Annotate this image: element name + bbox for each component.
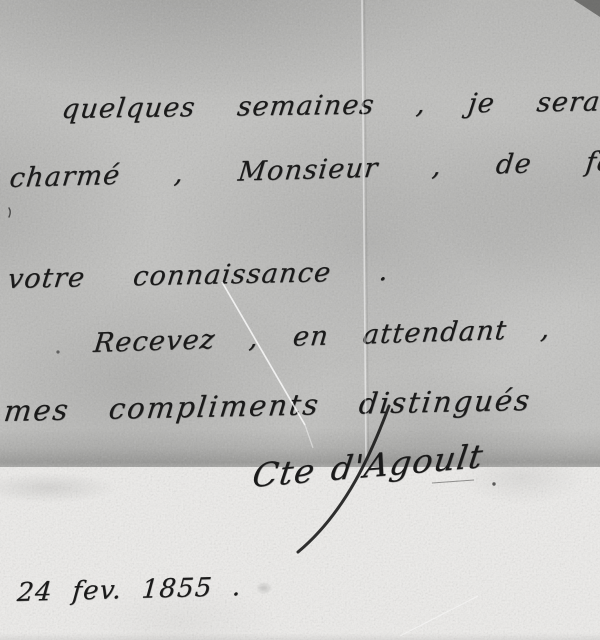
letter-photograph: quelques semaines , je serai charmé , Mo… — [0, 0, 600, 640]
date-line: 24 fev. 1855 . — [16, 572, 243, 608]
